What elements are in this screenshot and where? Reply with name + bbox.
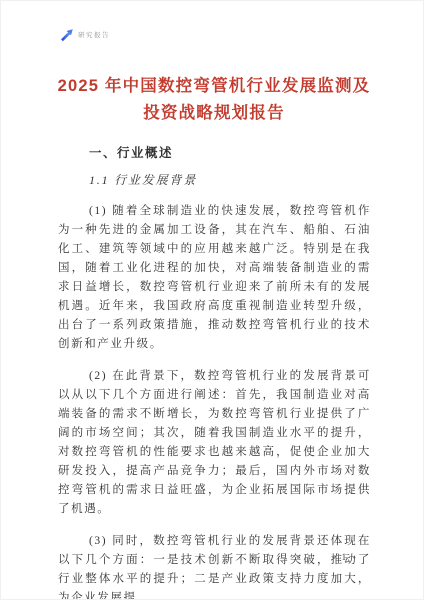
report-body: 一、行业概述 1.1 行业发展背景 (1) 随着全球制造业的快速发展，数控弯管机… — [58, 144, 371, 600]
report-page: 研究报告 2025 年中国数控弯管机行业发展监测及投资战略规划报告 一、行业概述… — [0, 0, 424, 600]
paragraph-2: (2) 在此背景下，数控弯管机行业的发展背景可以从以下几个方面进行阐述：首先，我… — [58, 367, 371, 519]
page-number: - 1 - — [332, 553, 358, 563]
section-heading: 一、行业概述 — [89, 144, 371, 162]
subsection-heading: 1.1 行业发展背景 — [89, 171, 371, 189]
paragraph-1: (1) 随着全球制造业的快速发展，数控弯管机作为一种先进的金属加工设备，其在汽车… — [58, 202, 371, 354]
report-logo-label: 研究报告 — [78, 31, 110, 40]
report-title: 2025 年中国数控弯管机行业发展监测及投资战略规划报告 — [57, 73, 371, 127]
report-logo: 研究报告 — [60, 28, 110, 42]
paragraph-3: (3) 同时，数控弯管机行业的发展背景还体现在以下几个方面：一是技术创新不断取得… — [58, 532, 371, 600]
arrow-up-right-icon — [60, 28, 74, 42]
